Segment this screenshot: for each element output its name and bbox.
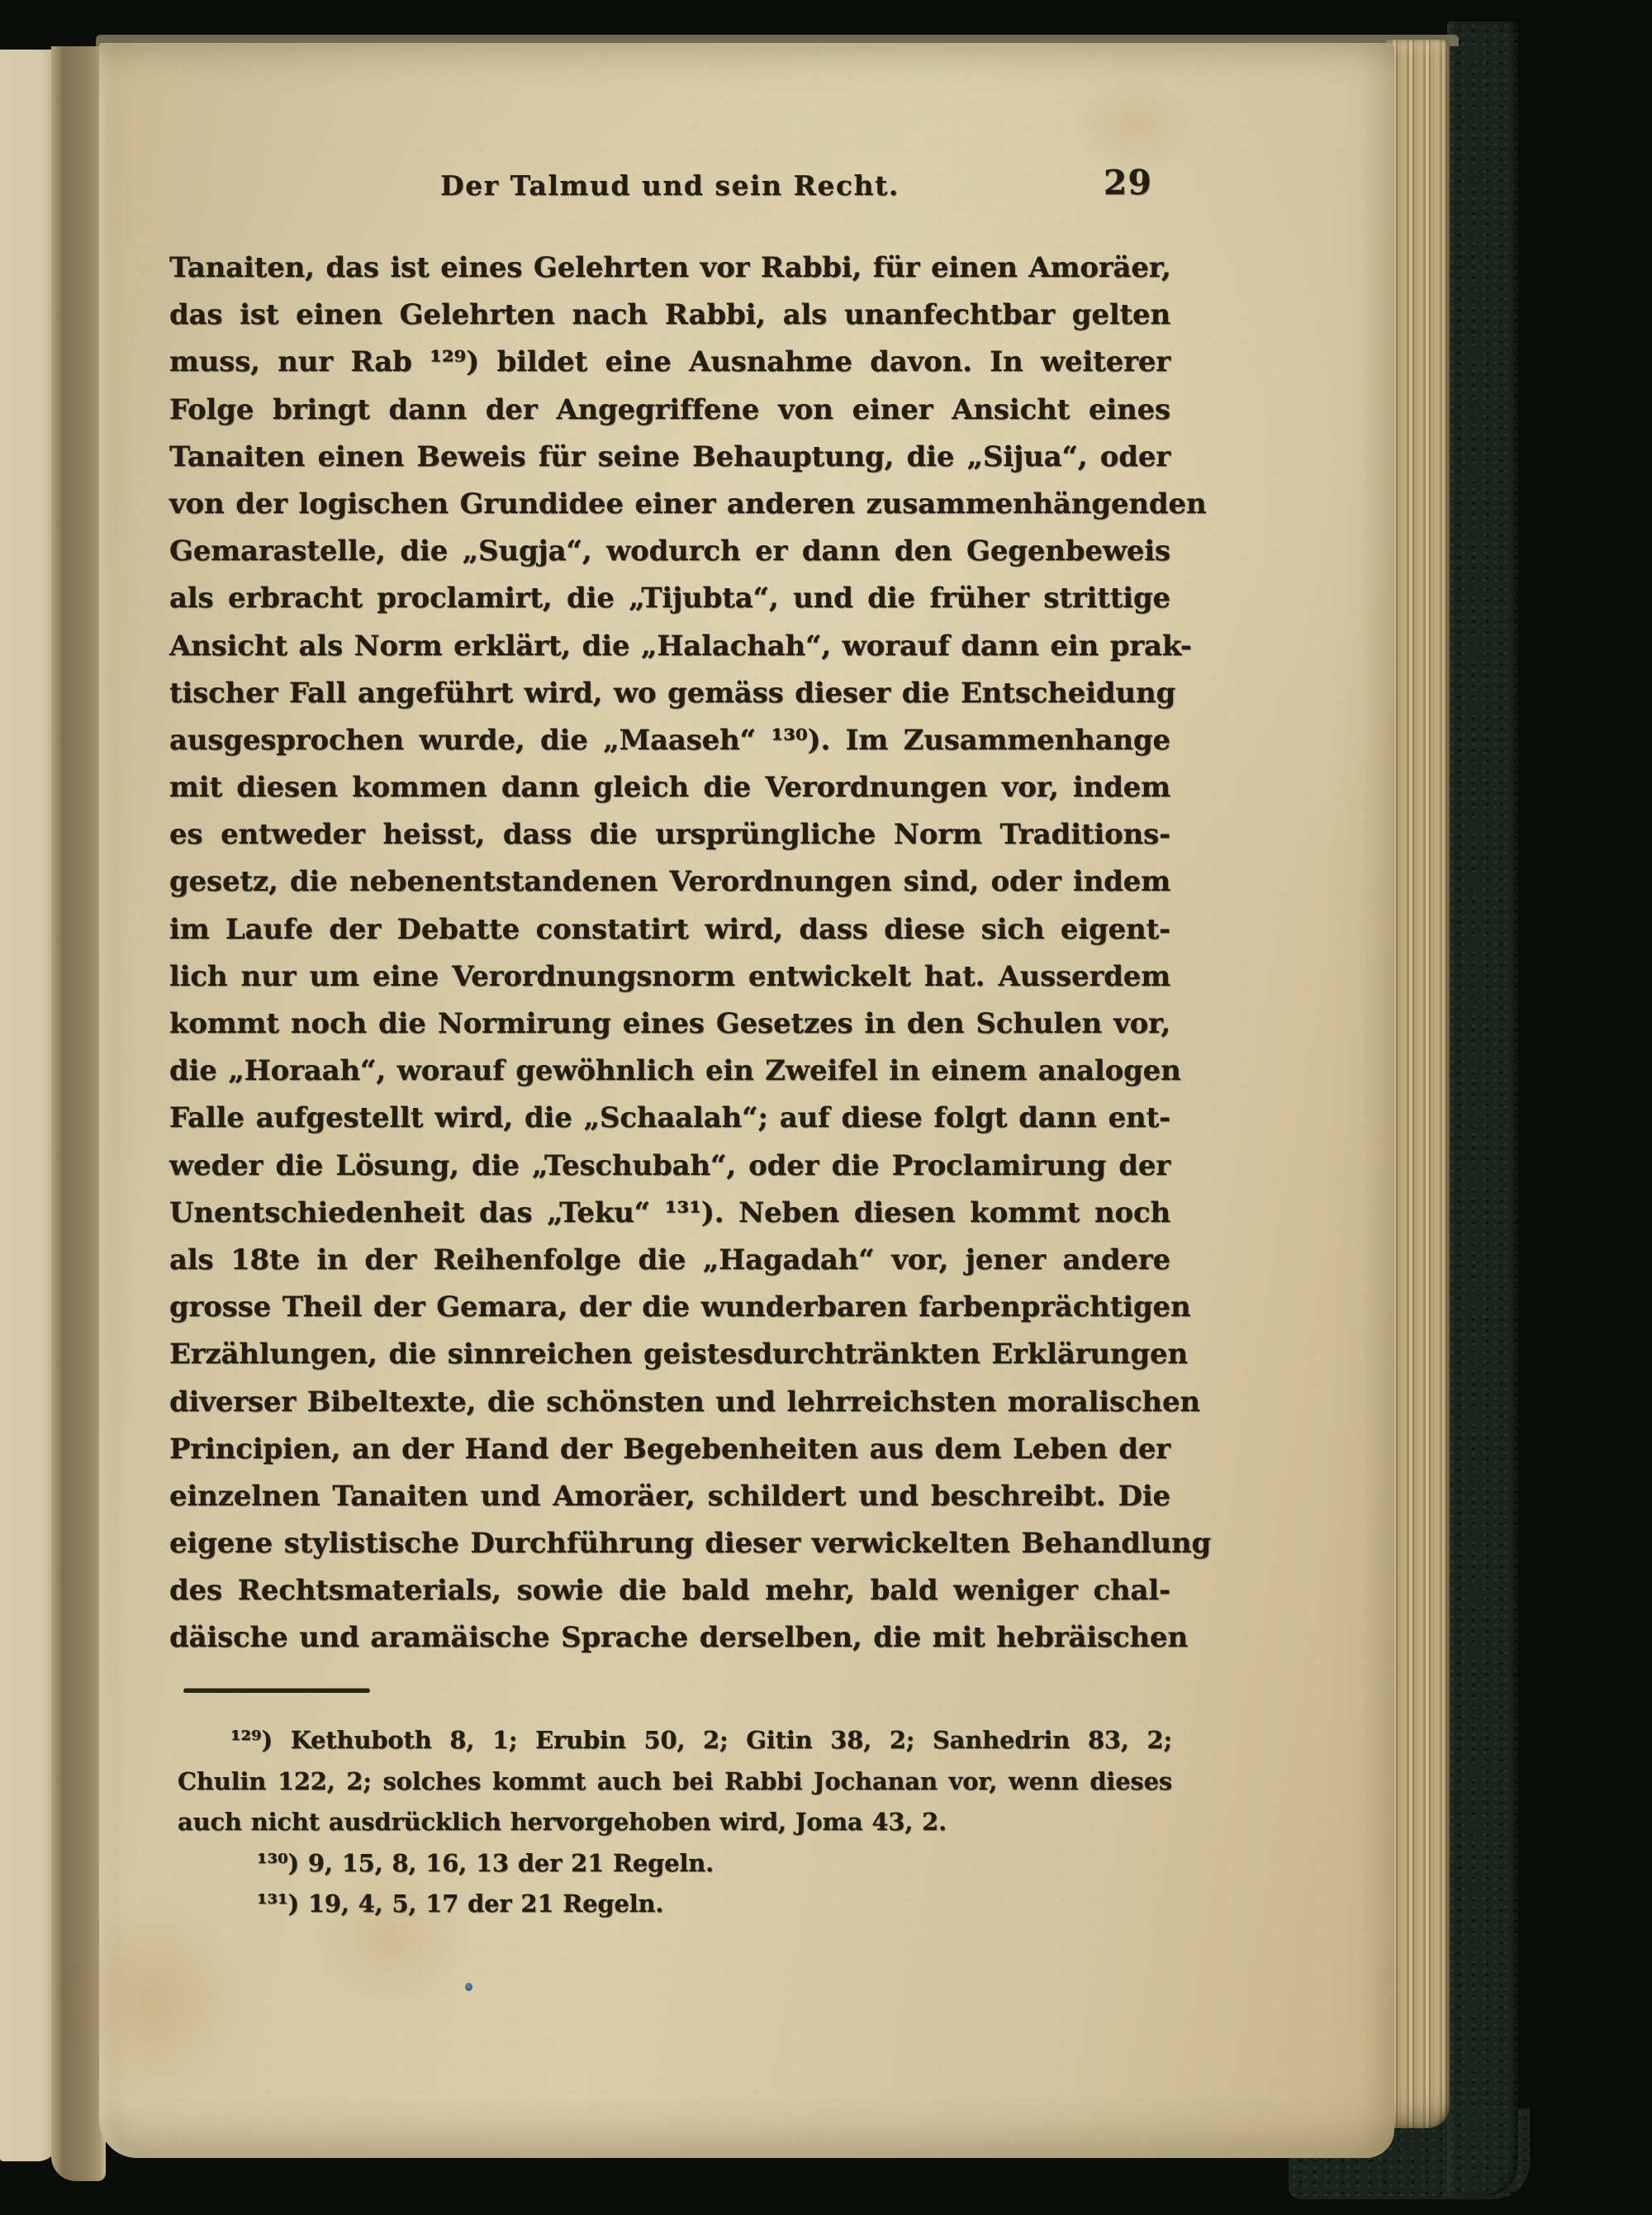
body-line: Tanaiten einen Beweis für seine Behauptu…	[169, 434, 1170, 481]
body-line: muss, nur Rab ¹²⁹) bildet eine Ausnahme …	[169, 339, 1170, 386]
body-line: im Laufe der Debatte constatirt wird, da…	[169, 906, 1170, 953]
chapter-title: Der Talmud und sein Recht.	[440, 169, 900, 202]
foxing-stain	[1074, 76, 1198, 175]
body-line: von der logischen Grundidee einer andere…	[169, 481, 1170, 528]
footnote-line: ¹³¹) 19, 4, 5, 17 der 21 Regeln.	[178, 1884, 1172, 1925]
body-line: ausgesprochen wurde, die „Maaseh“ ¹³⁰). …	[169, 717, 1170, 764]
body-line: eigene stylistische Durchführung dieser …	[169, 1520, 1170, 1567]
footnote-line: ¹²⁹) Kethuboth 8, 1; Erubin 50, 2; Gitin…	[178, 1720, 1172, 1761]
body-line: tischer Fall angeführt wird, wo gemäss d…	[169, 670, 1170, 717]
body-line: diverser Bibeltexte, die schönsten und l…	[169, 1379, 1170, 1426]
facing-page-edge	[0, 50, 58, 2161]
body-line: die „Horaah“, worauf gewöhnlich ein Zwei…	[169, 1048, 1170, 1095]
gutter-shadow	[51, 46, 106, 2181]
page-number: 29	[1104, 164, 1152, 202]
body-line: Unentschiedenheit das „Teku“ ¹³¹). Neben…	[169, 1190, 1170, 1237]
page-edge-stack	[1385, 40, 1450, 2128]
body-line: es entweder heisst, dass die ursprünglic…	[169, 811, 1170, 858]
footnote-line: ¹³⁰) 9, 15, 8, 16, 13 der 21 Regeln.	[178, 1843, 1172, 1885]
body-line: als erbracht proclamirt, die „Tijubta“, …	[169, 575, 1170, 622]
ink-dot-mark	[465, 1983, 472, 1991]
body-line: als 18te in der Reihenfolge die „Hagadah…	[169, 1237, 1170, 1284]
book-page: Der Talmud und sein Recht. 29 Tanaiten, …	[99, 43, 1394, 2158]
body-line: des Rechtsmaterials, sowie die bald mehr…	[169, 1567, 1170, 1614]
body-line: das ist einen Gelehrten nach Rabbi, als …	[169, 292, 1170, 339]
footnote-line: Chulin 122, 2; solches kommt auch bei Ra…	[178, 1761, 1172, 1803]
body-line: grosse Theil der Gemara, der die wunderb…	[169, 1284, 1170, 1331]
footnote-line: auch nicht ausdrücklich hervorgehoben wi…	[178, 1802, 1172, 1843]
body-line: Ansicht als Norm erklärt, die „Halachah“…	[169, 623, 1170, 670]
body-line: Tanaiten, das ist eines Gelehrten vor Ra…	[169, 245, 1170, 292]
body-line: einzelnen Tanaiten und Amoräer, schilder…	[169, 1473, 1170, 1520]
body-line: gesetz, die nebenentstandenen Verordnung…	[169, 858, 1170, 905]
body-line: Folge bringt dann der Angegriffene von e…	[169, 387, 1170, 434]
body-line: weder die Lösung, die „Teschubah“, oder …	[169, 1143, 1170, 1190]
body-line: mit diesen kommen dann gleich die Verord…	[169, 764, 1170, 811]
body-line: däische und aramäische Sprache derselben…	[169, 1614, 1170, 1661]
book-scan: Der Talmud und sein Recht. 29 Tanaiten, …	[0, 0, 1652, 2215]
book-cover-right-edge	[1447, 21, 1518, 2198]
footnotes: ¹²⁹) Kethuboth 8, 1; Erubin 50, 2; Gitin…	[178, 1720, 1172, 1925]
footnote-divider	[183, 1689, 370, 1693]
body-line: Gemarastelle, die „Sugja“, wodurch er da…	[169, 528, 1170, 575]
running-header: Der Talmud und sein Recht. 29	[169, 167, 1170, 205]
body-line: lich nur um eine Verordnungsnorm entwick…	[169, 953, 1170, 1001]
body-line: Principien, an der Hand der Begebenheite…	[169, 1426, 1170, 1473]
body-text: Tanaiten, das ist eines Gelehrten vor Ra…	[169, 245, 1170, 1662]
body-line: Erzählungen, die sinnreichen geistesdurc…	[169, 1331, 1170, 1378]
body-line: kommt noch die Normirung eines Gesetzes …	[169, 1001, 1170, 1048]
body-line: Falle aufgestellt wird, die „Schaalah“; …	[169, 1095, 1170, 1142]
